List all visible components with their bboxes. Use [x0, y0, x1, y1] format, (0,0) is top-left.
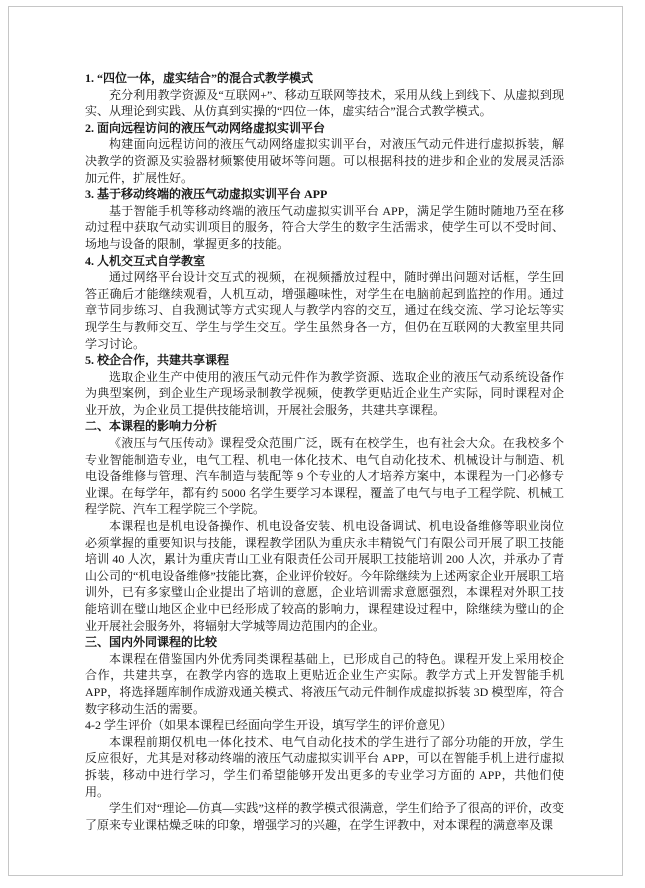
- section-heading-2: 2. 面向远程访问的液压气动网络虚拟实训平台: [85, 120, 564, 137]
- paragraph-blended-teaching: 充分利用教学资源及“互联网+”、移动互联网等技术，采用从线上到线下、从虚拟到现实…: [85, 87, 564, 120]
- subheading-student-evaluation: 4-2 学生评价（如果本课程已经面向学生开设，填写学生的评价意见）: [85, 717, 564, 734]
- section-heading-3: 3. 基于移动终端的液压气动虚拟实训平台 APP: [85, 186, 564, 203]
- paragraph-mobile-app: 基于智能手机等移动终端的液压气动虚拟实训平台 APP，满足学生随时随地乃至在移动…: [85, 203, 564, 253]
- section-heading-4: 4. 人机交互式自学教室: [85, 253, 564, 270]
- section-heading-5: 5. 校企合作，共建共享课程: [85, 352, 564, 369]
- paragraph-course-audience: 《液压与气压传动》课程受众范围广泛，既有在校学生，也有社会大众。在我校多个专业智…: [85, 435, 564, 518]
- paragraph-student-feedback-2: 学生们对“理论—仿真—实践”这样的教学模式很满意，学生们给予了很高的评价，改变了…: [85, 800, 564, 833]
- paragraph-course-features: 本课程在借鉴国内外优秀同类课程基础上，已形成自己的特色。课程开发上采用校企合作，…: [85, 651, 564, 717]
- section-heading-comparison: 三、国内外同课程的比较: [85, 634, 564, 651]
- paragraph-enterprise-training: 本课程也是机电设备操作、机电设备安装、机电设备调试、机电设备维修等职业岗位必须掌…: [85, 518, 564, 634]
- paragraph-interactive-classroom: 通过网络平台设计交互式的视频，在视频播放过程中，随时弹出问题对话框，学生回答正确…: [85, 269, 564, 352]
- paragraph-student-feedback-1: 本课程前期仅机电一体化技术、电气自动化技术的学生进行了部分功能的开放，学生反应很…: [85, 734, 564, 800]
- paragraph-school-enterprise: 选取企业生产中使用的液压气动元件作为教学资源、选取企业的液压气动系统设备作为典型…: [85, 369, 564, 419]
- section-heading-1: 1. “四位一体，虚实结合”的混合式教学模式: [85, 70, 564, 87]
- section-heading-influence: 二、本课程的影响力分析: [85, 418, 564, 435]
- document-body: 1. “四位一体，虚实结合”的混合式教学模式 充分利用教学资源及“互联网+”、移…: [85, 70, 564, 833]
- paragraph-remote-platform: 构建面向远程访问的液压气动网络虚拟实训平台，对液压气动元件进行虚拟拆装，解决教学…: [85, 136, 564, 186]
